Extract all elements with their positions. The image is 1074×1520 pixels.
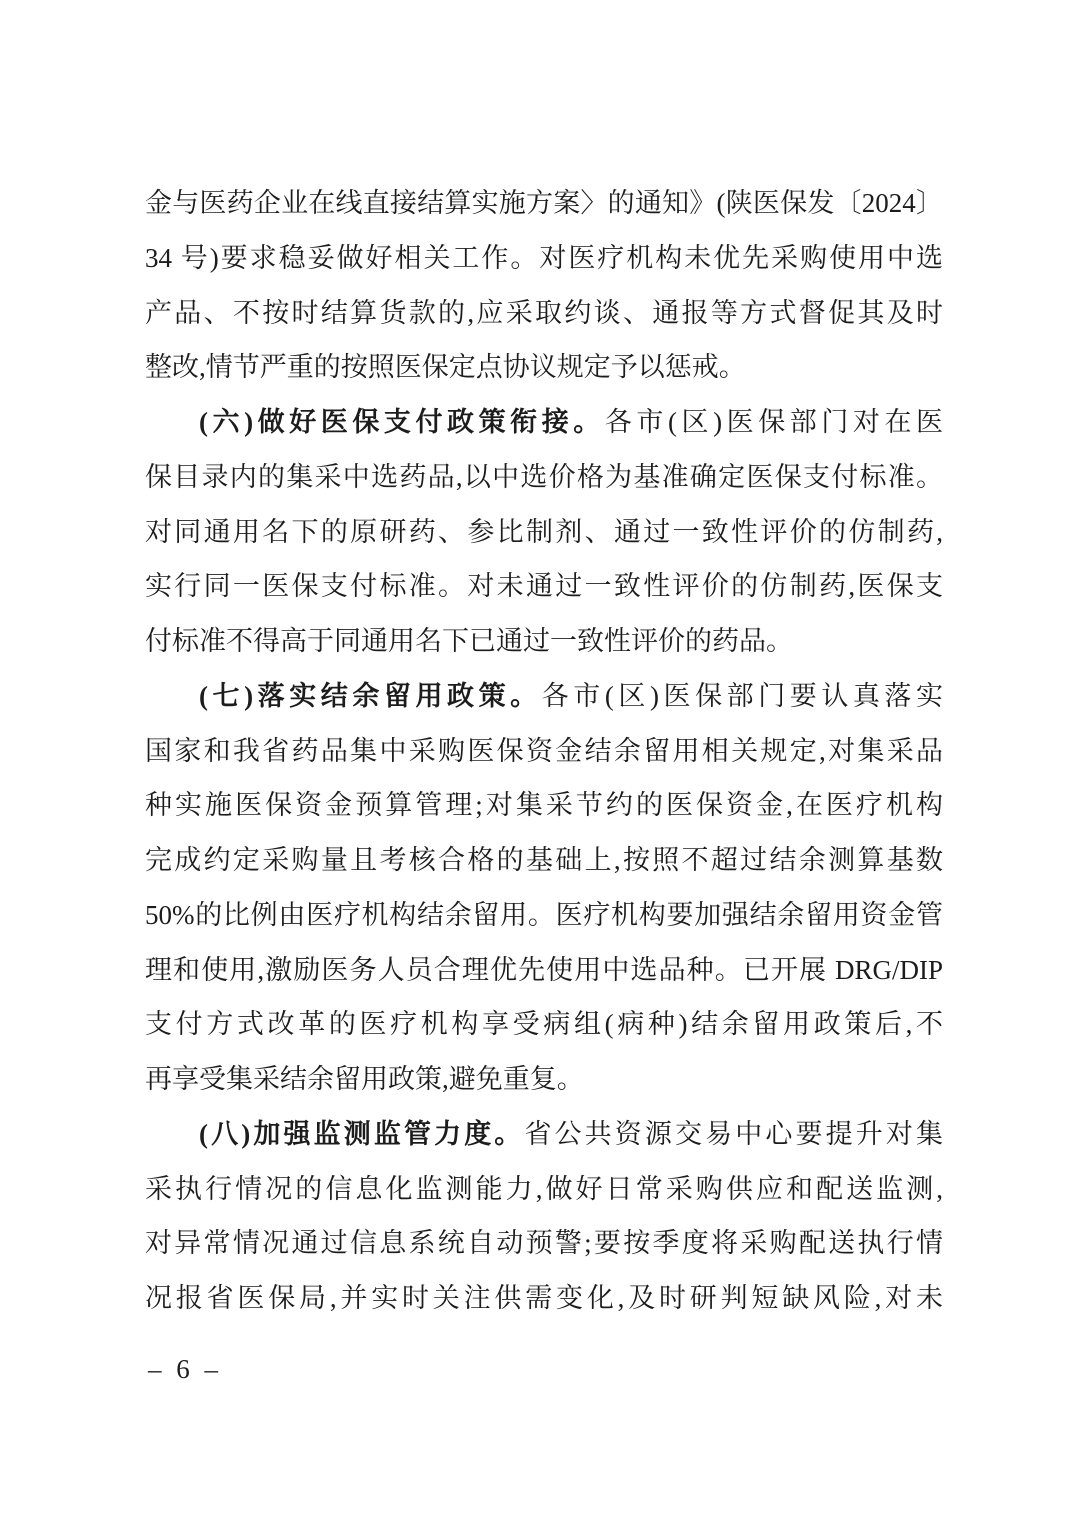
body-text: 再享受集采结余留用政策,避免重复。: [145, 1064, 584, 1094]
body-text: 支付方式改革的医疗机构享受病组(病种)结余留用政策后,不: [145, 1009, 943, 1039]
section-heading: (七)落实结余留用政策。: [199, 681, 542, 711]
body-text: 种实施医保资金预算管理;对集采节约的医保资金,在医疗机构: [145, 790, 943, 820]
text-line: (七)落实结余留用政策。各市(区)医保部门要认真落实: [145, 669, 943, 724]
para-section-7: (七)落实结余留用政策。各市(区)医保部门要认真落实国家和我省药品集中采购医保资…: [145, 669, 943, 1107]
section-heading: (六)做好医保支付政策衔接。: [199, 407, 605, 437]
text-line: 保目录内的集采中选药品,以中选价格为基准确定医保支付标准。: [145, 450, 943, 505]
body-text: 采执行情况的信息化监测能力,做好日常采购供应和配送监测,: [145, 1174, 943, 1204]
text-line: 况报省医保局,并实时关注供需变化,及时研判短缺风险,对未: [145, 1271, 943, 1326]
body-text: 整改,情节严重的按照医保定点协议规定予以惩戒。: [145, 352, 746, 382]
text-line: 国家和我省药品集中采购医保资金结余留用相关规定,对集采品: [145, 724, 943, 779]
body-text: 对同通用名下的原研药、参比制剂、通过一致性评价的仿制药,: [145, 517, 943, 547]
text-line: 对异常情况通过信息系统自动预警;要按季度将采购配送执行情: [145, 1216, 943, 1271]
text-line: 采执行情况的信息化监测能力,做好日常采购供应和配送监测,: [145, 1162, 943, 1217]
body-text: 50%的比例由医疗机构结余留用。医疗机构要加强结余留用资金管: [145, 900, 943, 930]
text-line: 金与医药企业在线直接结算实施方案〉的通知》(陕医保发〔2024〕: [145, 176, 943, 231]
body-text: 金与医药企业在线直接结算实施方案〉的通知》(陕医保发〔2024〕: [145, 188, 943, 218]
text-line: 对同通用名下的原研药、参比制剂、通过一致性评价的仿制药,: [145, 505, 943, 560]
para-section-6: (六)做好医保支付政策衔接。各市(区)医保部门对在医保目录内的集采中选药品,以中…: [145, 395, 943, 669]
para-section-8: (八)加强监测监管力度。省公共资源交易中心要提升对集采执行情况的信息化监测能力,…: [145, 1107, 943, 1326]
body-text: 34 号)要求稳妥做好相关工作。对医疗机构未优先采购使用中选: [145, 243, 943, 273]
body-text: 完成约定采购量且考核合格的基础上,按照不超过结余测算基数: [145, 845, 943, 875]
page-number: – 6 –: [148, 1348, 222, 1390]
text-line: 理和使用,激励医务人员合理优先使用中选品种。已开展 DRG/DIP: [145, 943, 943, 998]
body-text: 实行同一医保支付标准。对未通过一致性评价的仿制药,医保支: [145, 571, 943, 601]
text-line: 整改,情节严重的按照医保定点协议规定予以惩戒。: [145, 340, 943, 395]
section-heading: (八)加强监测监管力度。: [199, 1119, 524, 1149]
text-line: 34 号)要求稳妥做好相关工作。对医疗机构未优先采购使用中选: [145, 231, 943, 286]
body-text: 各市(区)医保部门要认真落实: [542, 681, 943, 711]
body-text: 各市(区)医保部门对在医: [605, 407, 943, 437]
text-line: 再享受集采结余留用政策,避免重复。: [145, 1052, 943, 1107]
body-text: 对异常情况通过信息系统自动预警;要按季度将采购配送执行情: [145, 1228, 943, 1258]
text-line: 付标准不得高于同通用名下已通过一致性评价的药品。: [145, 614, 943, 669]
text-line: 50%的比例由医疗机构结余留用。医疗机构要加强结余留用资金管: [145, 888, 943, 943]
text-line: 支付方式改革的医疗机构享受病组(病种)结余留用政策后,不: [145, 997, 943, 1052]
body-text: 国家和我省药品集中采购医保资金结余留用相关规定,对集采品: [145, 736, 943, 766]
text-line: (六)做好医保支付政策衔接。各市(区)医保部门对在医: [145, 395, 943, 450]
para-continuation: 金与医药企业在线直接结算实施方案〉的通知》(陕医保发〔2024〕34 号)要求稳…: [145, 176, 943, 395]
text-line: 产品、不按时结算货款的,应采取约谈、通报等方式督促其及时: [145, 286, 943, 341]
body-text: 理和使用,激励医务人员合理优先使用中选品种。已开展 DRG/DIP: [145, 955, 943, 985]
body-text: 产品、不按时结算货款的,应采取约谈、通报等方式督促其及时: [145, 298, 943, 328]
text-line: (八)加强监测监管力度。省公共资源交易中心要提升对集: [145, 1107, 943, 1162]
body-text: 省公共资源交易中心要提升对集: [524, 1119, 943, 1149]
body-text: 付标准不得高于同通用名下已通过一致性评价的药品。: [145, 626, 793, 656]
body-text: 况报省医保局,并实时关注供需变化,及时研判短缺风险,对未: [145, 1283, 943, 1313]
body-text: 保目录内的集采中选药品,以中选价格为基准确定医保支付标准。: [145, 462, 943, 492]
text-line: 实行同一医保支付标准。对未通过一致性评价的仿制药,医保支: [145, 559, 943, 614]
document-page: 金与医药企业在线直接结算实施方案〉的通知》(陕医保发〔2024〕34 号)要求稳…: [0, 0, 1074, 1520]
text-line: 完成约定采购量且考核合格的基础上,按照不超过结余测算基数: [145, 833, 943, 888]
text-line: 种实施医保资金预算管理;对集采节约的医保资金,在医疗机构: [145, 778, 943, 833]
document-body: 金与医药企业在线直接结算实施方案〉的通知》(陕医保发〔2024〕34 号)要求稳…: [145, 176, 943, 1326]
